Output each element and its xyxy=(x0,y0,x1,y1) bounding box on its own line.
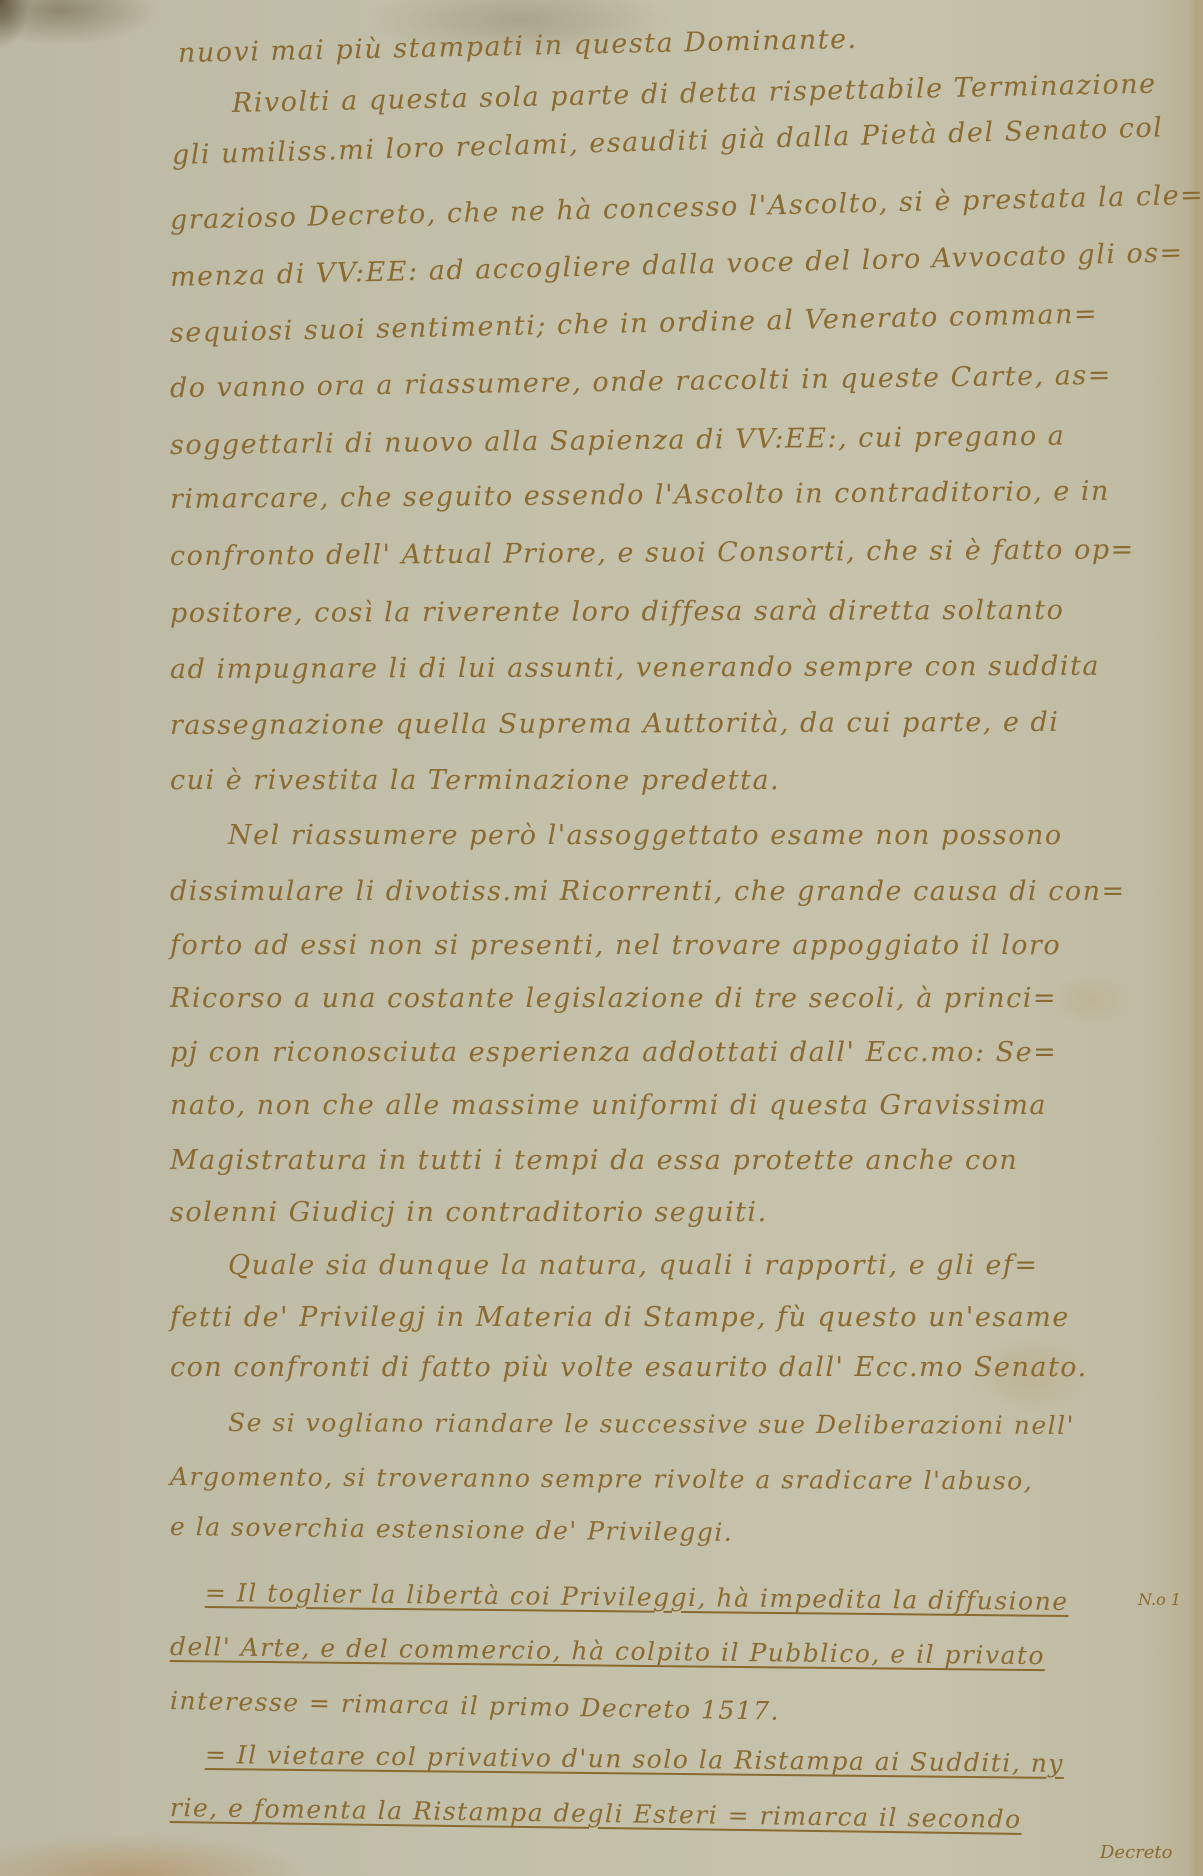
manuscript-page: nuovi mai più stampati in questa Dominan… xyxy=(0,0,1203,1876)
manuscript-line-14: cui è rivestita la Terminazione predetta… xyxy=(170,765,780,796)
manuscript-line-33-underlined: rie, e fomenta la Ristampa degli Esteri … xyxy=(170,1793,1022,1834)
manuscript-line-17: forto ad essi non si presenti, nel trova… xyxy=(170,930,1061,961)
manuscript-line-24: fetti de' Privilegj in Materia di Stampe… xyxy=(170,1302,1070,1333)
manuscript-line-32-underlined: = Il vietare col privativo d'un solo la … xyxy=(205,1740,1064,1778)
manuscript-line-1: nuovi mai più stampati in questa Dominan… xyxy=(178,24,858,69)
manuscript-line-29-underlined: = Il toglier la libertà coi Privileggi, … xyxy=(205,1578,1069,1616)
manuscript-line-18: Ricorso a una costante legislazione di t… xyxy=(170,983,1057,1014)
manuscript-line-20: nato, non che alle massime uniformi di q… xyxy=(170,1090,1047,1121)
catchword: Decreto xyxy=(1100,1842,1173,1863)
manuscript-line-6: sequiosi suoi sentimenti; che in ordine … xyxy=(170,299,1099,349)
page-edge xyxy=(1189,0,1203,1876)
manuscript-line-12: ad impugnare li di lui assunti, venerand… xyxy=(170,651,1100,685)
manuscript-line-30-underlined: dell' Arte, e del commercio, hà colpito … xyxy=(170,1632,1045,1670)
manuscript-line-28: e la soverchia estensione de' Privileggi… xyxy=(170,1512,734,1547)
manuscript-line-11: positore, così la riverente loro diffesa… xyxy=(170,595,1064,629)
manuscript-line-4: grazioso Decreto, che ne hà concesso l'A… xyxy=(170,180,1203,236)
manuscript-line-15: Nel riassumere però l'assoggettato esame… xyxy=(228,820,1063,851)
manuscript-line-2: Rivolti a questa sola parte di detta ris… xyxy=(232,69,1157,119)
manuscript-line-26: Se si vogliano riandare le successive su… xyxy=(228,1408,1075,1440)
page-corner-shadow xyxy=(0,0,30,50)
manuscript-line-25: con confronti di fatto più volte esaurit… xyxy=(170,1352,1088,1383)
manuscript-line-22: solenni Giudicj in contraditorio seguiti… xyxy=(170,1197,768,1228)
manuscript-line-21: Magistratura in tutti i tempi da essa pr… xyxy=(170,1145,1018,1176)
manuscript-line-5: menza di VV:EE: ad accogliere dalla voce… xyxy=(170,237,1184,293)
manuscript-line-23: Quale sia dunque la natura, quali i rapp… xyxy=(228,1250,1039,1281)
manuscript-line-16: dissimulare li divotiss.mi Ricorrenti, c… xyxy=(170,876,1126,907)
margin-note: N.o 1 xyxy=(1138,1590,1181,1609)
manuscript-line-19: pj con riconosciuta esperienza addottati… xyxy=(170,1037,1057,1068)
manuscript-line-10: confronto dell' Attual Priore, e suoi Co… xyxy=(170,534,1135,572)
manuscript-line-27: Argomento, si troveranno sempre rivolte … xyxy=(170,1462,1033,1496)
manuscript-line-31: interesse = rimarca il primo Decreto 151… xyxy=(170,1686,781,1726)
manuscript-line-8: soggettarli di nuovo alla Sapienza di VV… xyxy=(170,421,1066,461)
manuscript-line-9: rimarcare, che seguito essendo l'Ascolto… xyxy=(170,476,1110,515)
manuscript-line-3: gli umiliss.mi loro reclami, esauditi gi… xyxy=(172,112,1164,171)
manuscript-line-13: rassegnazione quella Suprema Auttorità, … xyxy=(170,707,1060,741)
manuscript-line-7: do vanno ora a riassumere, onde raccolti… xyxy=(170,360,1112,404)
